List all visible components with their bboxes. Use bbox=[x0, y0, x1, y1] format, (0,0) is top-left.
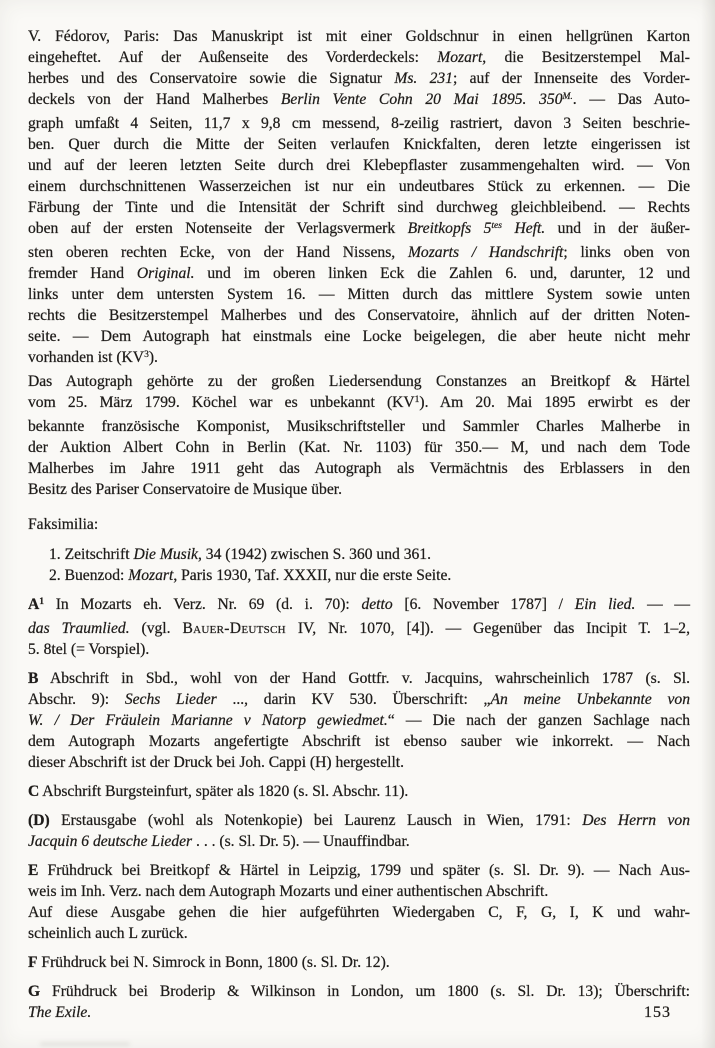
text-segment: B bbox=[28, 670, 38, 687]
text-segment: dem Autograph Mozarts angefertigte Absch… bbox=[28, 733, 690, 750]
text-segment: einem durchschnittenen Wasserzeichen ist… bbox=[28, 178, 690, 195]
text-segment: 1. Zeitschrift bbox=[49, 546, 133, 563]
text-segment: Frühdruck bei N. Simrock in Bonn, 1800 (… bbox=[38, 954, 390, 971]
text-segment: Das Autograph gehörte zu der großen Lied… bbox=[28, 373, 690, 390]
text-line: einem durchschnittenen Wasserzeichen ist… bbox=[28, 176, 690, 197]
text-segment: dieser Abschrift ist der Druck bei Joh. … bbox=[28, 754, 404, 771]
text-segment: ). bbox=[149, 349, 158, 366]
text-line: vom 25. März 1799. Köchel war es unbekan… bbox=[28, 392, 690, 416]
text-segment: scheinlich auch L zurück. bbox=[28, 925, 188, 942]
faksimilia-heading: Faksimilia: bbox=[28, 514, 690, 535]
text-line: Besitz des Pariser Conservatoire de Musi… bbox=[28, 479, 690, 500]
text-segment: The Exile. bbox=[28, 1004, 91, 1021]
text-line: sten oberen rechten Ecke, von der Hand N… bbox=[28, 242, 690, 263]
text-line: deckels von der Hand Malherbes Berlin Ve… bbox=[28, 89, 690, 113]
text-segment: (D) bbox=[28, 812, 50, 829]
text-line: bekannte französische Komponist, Musiksc… bbox=[28, 416, 690, 437]
text-line: und auf der leeren letzten Seite durch d… bbox=[28, 155, 690, 176]
text-segment: V. Fédorov, Paris: Das Manuskript ist mi… bbox=[28, 28, 690, 45]
text-segment: . . . (s. Sl. Dr. 5). — Unauffindbar. bbox=[192, 833, 410, 850]
text-segment: Ms. 231 bbox=[394, 70, 453, 87]
text-segment: das Traumlied. bbox=[28, 620, 130, 637]
text-line: links unter dem untersten System 16. — M… bbox=[28, 284, 690, 305]
text-line: vorhanden ist (KV3). bbox=[28, 347, 690, 371]
text-segment: 2. Buenzod: bbox=[49, 567, 128, 584]
text-line: 1. Zeitschrift Die Musik, 34 (1942) zwis… bbox=[49, 544, 690, 565]
text-segment: detto bbox=[361, 596, 392, 613]
text-line: oben auf der ersten Notenseite der Verla… bbox=[28, 218, 690, 242]
text-line: rechts die Besitzerstempel Malherbes und… bbox=[28, 305, 690, 326]
text-line: ben. Quer durch die Mitte der Seiten ver… bbox=[28, 134, 690, 155]
text-line: W. / Der Fräulein Marianne v Natorp gewi… bbox=[28, 710, 690, 731]
text-segment: und in der äußer- bbox=[545, 220, 690, 237]
text-line: scheinlich auch L zurück. bbox=[28, 923, 690, 944]
scanned-book-page: V. Fédorov, Paris: Das Manuskript ist mi… bbox=[0, 0, 715, 1048]
entry-c: C Abschrift Burgsteinfurt, später als 18… bbox=[28, 781, 690, 802]
text-segment: 1 bbox=[39, 597, 44, 607]
entry-d: (D) Erstausgabe (wohl als Notenkopie) be… bbox=[28, 810, 690, 852]
text-segment: und im oberen linken Eck die Zahlen 6. u… bbox=[195, 265, 691, 282]
text-segment: eingeheftet. Auf der Außenseite des Vord… bbox=[28, 49, 437, 66]
text-segment: An meine Unbekannte von bbox=[490, 691, 690, 708]
text-segment: Mozart bbox=[437, 49, 482, 66]
text-line: Färbung der Tinte und die Intensität der… bbox=[28, 197, 690, 218]
text-line: F Frühdruck bei N. Simrock in Bonn, 1800… bbox=[28, 952, 690, 973]
text-segment: Mozarts / Handschrift bbox=[408, 244, 563, 261]
text-line: G Frühdruck bei Broderip & Wilkinson in … bbox=[28, 981, 690, 1002]
text-segment: Bauer-Deutsch bbox=[182, 620, 285, 637]
faksimile-item-2: 2. Buenzod: Mozart, Paris 1930, Taf. XXX… bbox=[49, 565, 690, 586]
text-segment: [6. November 1787] / bbox=[393, 596, 575, 613]
text-segment: herbes und des Conservatoire sowie die S… bbox=[28, 70, 394, 87]
text-segment: , Paris 1930, Taf. XXXII, nur die erste … bbox=[173, 567, 451, 584]
text-segment: Färbung der Tinte und die Intensität der… bbox=[28, 199, 690, 216]
text-line: 2. Buenzod: Mozart, Paris 1930, Taf. XXX… bbox=[49, 565, 690, 586]
text-segment: vorhanden ist (KV bbox=[28, 349, 144, 366]
text-line: der Auktion Albert Cohn in Berlin (Kat. … bbox=[28, 437, 690, 458]
text-segment: 3 bbox=[144, 350, 149, 360]
text-segment: ; auf der Innenseite des Vorder- bbox=[453, 70, 690, 87]
text-segment: . — Das Auto- bbox=[573, 91, 690, 108]
text-segment: C bbox=[28, 783, 39, 800]
entry-b: B Abschrift in Sbd., wohl von der Hand G… bbox=[28, 668, 690, 773]
text-line: The Exile. bbox=[28, 1002, 690, 1023]
text-segment: , 34 (1942) zwischen S. 360 und 361. bbox=[198, 546, 431, 563]
text-line: E Frühdruck bei Breitkopf & Härtel in Le… bbox=[28, 860, 690, 881]
text-line: (D) Erstausgabe (wohl als Notenkopie) be… bbox=[28, 810, 690, 831]
text-segment: Besitz des Pariser Conservatoire de Musi… bbox=[28, 481, 342, 498]
text-segment: Heft. bbox=[502, 220, 545, 237]
text-segment: Auf diese Ausgabe gehen die hier aufgefü… bbox=[28, 904, 690, 921]
faksimile-item-1: 1. Zeitschrift Die Musik, 34 (1942) zwis… bbox=[49, 544, 690, 565]
text-segment: seite. — Dem Autograph hat einstmals ein… bbox=[28, 328, 690, 345]
text-segment: Die Musik bbox=[133, 546, 198, 563]
provenance-paragraph: V. Fédorov, Paris: Das Manuskript ist mi… bbox=[28, 26, 690, 371]
text-line: herbes und des Conservatoire sowie die S… bbox=[28, 68, 690, 89]
text-line: Jacquin 6 deutsche Lieder . . . (s. Sl. … bbox=[28, 831, 690, 852]
text-segment: F bbox=[28, 954, 38, 971]
text-segment: oben auf der ersten Notenseite der Verla… bbox=[28, 220, 408, 237]
scan-smudge bbox=[40, 1042, 130, 1046]
text-line: V. Fédorov, Paris: Das Manuskript ist mi… bbox=[28, 26, 690, 47]
entry-a1: A1 In Mozarts eh. Verz. Nr. 69 (d. i. 70… bbox=[28, 594, 690, 660]
text-segment: A bbox=[28, 596, 39, 613]
text-segment: 1 bbox=[415, 395, 420, 405]
text-line: weis im Inh. Verz. nach dem Autograph Mo… bbox=[28, 881, 690, 902]
page-number: 153 bbox=[644, 1004, 671, 1022]
text-segment: G bbox=[28, 983, 40, 1000]
text-segment: deckels von der Hand Malherbes bbox=[28, 91, 281, 108]
text-segment: ; links oben von bbox=[563, 244, 690, 261]
text-segment: und auf der leeren letzten Seite durch d… bbox=[28, 157, 690, 174]
text-segment: ben. Quer durch die Mitte der Seiten ver… bbox=[28, 136, 690, 153]
text-segment: der Auktion Albert Cohn in Berlin (Kat. … bbox=[28, 439, 690, 456]
text-segment: Berlin Vente Cohn 20 Mai 1895. 350 bbox=[281, 91, 563, 108]
text-segment: Jacquin 6 deutsche Lieder bbox=[28, 833, 192, 850]
text-segment: tes bbox=[491, 221, 502, 231]
text-segment: 5. 8tel (= Vorspiel). bbox=[28, 641, 149, 658]
text-segment: Des Herrn von bbox=[582, 812, 690, 829]
text-segment: Breitkopfs 5 bbox=[408, 220, 492, 237]
text-segment: Abschrift in Sbd., wohl von der Hand Got… bbox=[38, 670, 690, 687]
scan-edge-shading bbox=[701, 0, 715, 1048]
text-line: Faksimilia: bbox=[28, 514, 690, 535]
text-segment: “ — Die nach der ganzen Sachlage nach bbox=[388, 712, 690, 729]
text-line: 5. 8tel (= Vorspiel). bbox=[28, 639, 690, 660]
text-line: dieser Abschrift ist der Druck bei Joh. … bbox=[28, 752, 690, 773]
text-line: fremder Hand Original. und im oberen lin… bbox=[28, 263, 690, 284]
history-paragraph: Das Autograph gehörte zu der großen Lied… bbox=[28, 371, 690, 500]
text-line: Das Autograph gehörte zu der großen Lied… bbox=[28, 371, 690, 392]
text-segment: weis im Inh. Verz. nach dem Autograph Mo… bbox=[28, 883, 548, 900]
text-line: Auf diese Ausgabe gehen die hier aufgefü… bbox=[28, 902, 690, 923]
text-segment: ..., darin KV 530. Überschrift: „ bbox=[217, 691, 491, 708]
text-line: graph umfaßt 4 Seiten, 11,7 x 9,8 cm mes… bbox=[28, 113, 690, 134]
text-line: eingeheftet. Auf der Außenseite des Vord… bbox=[28, 47, 690, 68]
text-segment: rechts die Besitzerstempel Malherbes und… bbox=[28, 307, 690, 324]
text-segment: Abschr. 9): bbox=[28, 691, 125, 708]
text-segment: Malherbes im Jahre 1911 geht das Autogra… bbox=[28, 460, 690, 477]
text-segment: Erstausgabe (wohl als Notenkopie) bei La… bbox=[50, 812, 583, 829]
text-segment: E bbox=[28, 862, 38, 879]
text-segment: bekannte französische Komponist, Musiksc… bbox=[28, 418, 690, 435]
text-line: seite. — Dem Autograph hat einstmals ein… bbox=[28, 326, 690, 347]
entry-e: E Frühdruck bei Breitkopf & Härtel in Le… bbox=[28, 860, 690, 944]
text-segment: Frühdruck bei Breitkopf & Härtel in Leip… bbox=[38, 862, 690, 879]
text-segment: — — bbox=[635, 596, 690, 613]
text-segment: Sechs Lieder bbox=[125, 691, 217, 708]
entry-g: G Frühdruck bei Broderip & Wilkinson in … bbox=[28, 981, 690, 1023]
text-segment: vom 25. März 1799. Köchel war es unbekan… bbox=[28, 394, 415, 411]
text-segment: M. bbox=[563, 92, 573, 102]
text-segment: Ein lied. bbox=[575, 596, 636, 613]
text-line: B Abschrift in Sbd., wohl von der Hand G… bbox=[28, 668, 690, 689]
text-segment: Frühdruck bei Broderip & Wilkinson in Lo… bbox=[40, 983, 690, 1000]
text-segment: In Mozarts eh. Verz. Nr. 69 (d. i. 70): bbox=[44, 596, 361, 613]
text-segment: (vgl. bbox=[130, 620, 183, 637]
text-line: das Traumlied. (vgl. Bauer-Deutsch IV, N… bbox=[28, 618, 690, 639]
text-line: Malherbes im Jahre 1911 geht das Autogra… bbox=[28, 458, 690, 479]
text-segment: Abschrift Burgsteinfurt, später als 1820… bbox=[39, 783, 408, 800]
text-segment: Faksimilia: bbox=[28, 516, 98, 533]
text-segment: fremder Hand bbox=[28, 265, 137, 282]
text-segment: ). Am 20. Mai 1895 erwirbt es der bbox=[419, 394, 690, 411]
entry-f: F Frühdruck bei N. Simrock in Bonn, 1800… bbox=[28, 952, 690, 973]
document-body: V. Fédorov, Paris: Das Manuskript ist mi… bbox=[28, 26, 690, 1023]
text-segment: , die Besitzerstempel Mal- bbox=[482, 49, 690, 66]
text-segment: graph umfaßt 4 Seiten, 11,7 x 9,8 cm mes… bbox=[28, 115, 690, 132]
text-segment: W. / Der Fräulein Marianne v Natorp gewi… bbox=[28, 712, 388, 729]
text-segment: links unter dem untersten System 16. — M… bbox=[28, 286, 690, 303]
text-segment: Mozart bbox=[128, 567, 173, 584]
text-segment: Original. bbox=[137, 265, 195, 282]
text-line: dem Autograph Mozarts angefertigte Absch… bbox=[28, 731, 690, 752]
text-line: C Abschrift Burgsteinfurt, später als 18… bbox=[28, 781, 690, 802]
text-line: Abschr. 9): Sechs Lieder ..., darin KV 5… bbox=[28, 689, 690, 710]
text-segment: IV, Nr. 1070, [4]). — Gegenüber das Inci… bbox=[286, 620, 690, 637]
text-line: A1 In Mozarts eh. Verz. Nr. 69 (d. i. 70… bbox=[28, 594, 690, 618]
text-segment: sten oberen rechten Ecke, von der Hand N… bbox=[28, 244, 408, 261]
